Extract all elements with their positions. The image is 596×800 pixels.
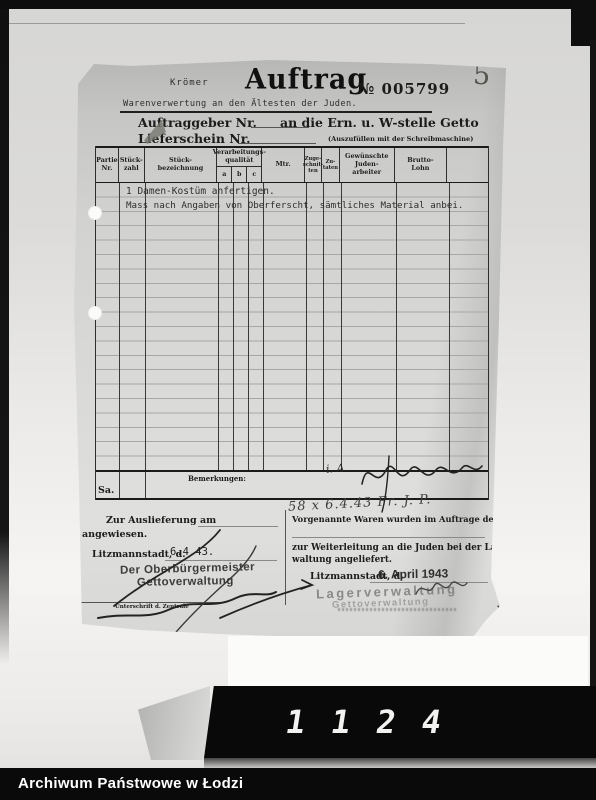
order-instructions-line: Mass nach Angaben von Oberferscht, sämtl… [126,200,463,211]
signature-line [78,602,226,603]
archive-name: Archiwum Państwowe w Łodzi [18,775,243,792]
subtitle-underline [120,111,432,113]
punch-hole [88,206,102,220]
lieferschein-blank [238,143,316,144]
col-blank [447,148,488,182]
order-table: Partie Nr. Stück- zahl Stück- bezeichnun… [95,146,489,500]
film-edge-left [0,9,9,664]
document-paper: Krömer Auftrag № 005799 Warenverwertung … [70,58,508,636]
frame-hairline [9,23,465,24]
col-qual-a: a [217,167,232,182]
remarks-label: Bemerkungen: [188,474,246,483]
footer-divider [285,510,286,605]
handwritten-initials: i. A. [326,461,349,475]
frame-counter-device: 1124 [204,686,596,758]
goods-line3: waltung angeliefert. [292,555,392,565]
archive-caption-bar: Archiwum Państwowe w Łodzi [0,768,596,800]
typewriter-note: (Auszufüllen mit der Schreibmaschine) [328,135,473,143]
col-qual-b: b [232,167,247,182]
col-mtr: Mtr. [262,148,305,182]
col-bruttolohn: Brutto- Lohn [395,148,448,182]
signature-caption: Unterschrift d. Zentrale [115,604,189,610]
punch-hole [88,306,102,320]
table-column-line [248,183,249,470]
date-underline-left [165,560,277,561]
col-zutaten: Zu- taten [322,148,340,182]
order-item-line: 1 Damen-Kostüm anfertigen. [126,186,275,197]
table-column-line [449,183,450,470]
date-stamp-right: 6. April 1943 [378,566,448,581]
col-judenarbeiter: Gewünschte Juden- arbeiter [340,148,395,182]
firm-blank-line [292,537,485,538]
delivery-line2: angewiesen. [82,529,147,540]
table-column-line [396,183,397,470]
sender-name: Krömer [170,78,209,88]
order-number: № 005799 [358,80,450,98]
mayor-stamp-line2: Gettoverwaltung [137,575,234,589]
subtitle-line: Warenverwertung an den Ältesten der Jude… [123,99,357,109]
typed-date-left: 6.4.43. [170,546,214,558]
delivery-blank [198,526,278,527]
col-zugeschnitten: Zuge- schnit- ten [305,148,322,182]
pencil-page-number: 5 [472,60,490,92]
table-column-line [119,183,120,470]
film-edge-right [590,40,596,690]
film-edge-top [0,0,596,9]
goods-line1: Vorgenannte Waren wurden im Auftrage der… [292,514,529,524]
table-column-line [306,183,307,470]
col-qual-c: c [247,167,261,182]
table-column-line [145,472,146,498]
table-column-line [233,183,234,470]
counter-shadow-wedge [138,686,210,760]
sum-label: Sa. [98,485,114,496]
document-title: Auftrag [245,63,367,95]
illegible-stamp-text [338,608,456,611]
delivery-line1: Zur Auslieferung am [106,515,216,526]
col-stueckbezeichnung: Stück- bezeichnung [145,148,218,182]
table-column-line [145,183,146,470]
col-verarbeitungsqualitaet: Verarbeitungs- qualität a b c [217,148,262,182]
table-body: 1 Damen-Kostüm anfertigen. Mass nach Ang… [96,183,488,470]
counter-digits: 1124 [283,703,470,741]
table-column-line [323,183,324,470]
table-header-row: Partie Nr. Stück- zahl Stück- bezeichnun… [96,146,488,183]
col-partie-nr: Partie Nr. [96,148,119,182]
col-stueckzahl: Stück- zahl [119,148,145,182]
light-reflection [228,636,588,688]
table-column-line [119,472,120,498]
goods-line2: zur Weiterleitung an die Juden bei der L… [292,543,532,553]
table-column-line [218,183,219,470]
table-column-line [263,183,264,470]
photo-frame: Krömer Auftrag № 005799 Warenverwertung … [0,0,596,800]
table-column-line [341,183,342,470]
recipient-text: an die Ern. u. W-stelle Getto [280,115,479,130]
mayor-stamp-line1: Der Oberbürgermeister [120,561,255,577]
